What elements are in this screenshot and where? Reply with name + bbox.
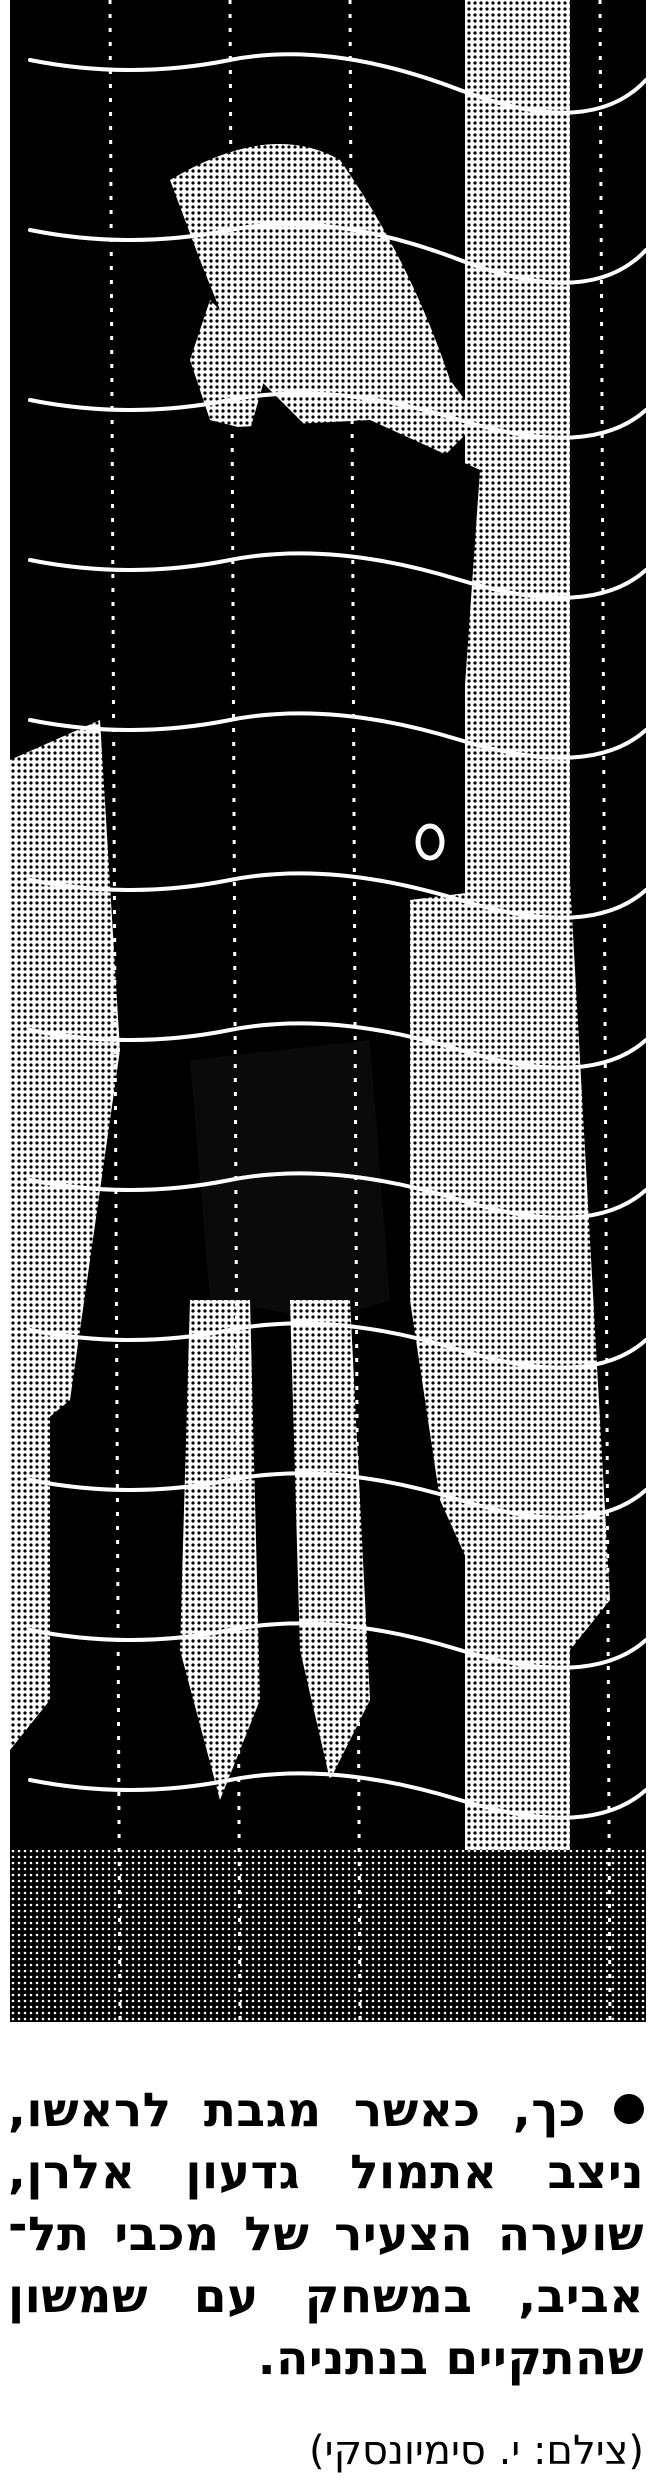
caption-line-2: ניצב אתמול גדעון אלרן,	[8, 2142, 644, 2204]
newspaper-photo	[10, 0, 646, 2022]
caption-line-5: שהתקיים בנתניה.	[8, 2328, 644, 2390]
bullet-icon	[614, 2094, 644, 2124]
caption-line-3: שוערה הצעיר של מכבי תל־	[8, 2204, 644, 2266]
caption-line-4: אביב, במשחק עם שמשון	[8, 2266, 644, 2328]
caption-line-1: כך, כאשר מגבת לראשו,	[8, 2080, 644, 2142]
photo-credit: (צילם: י. סימיונסקי)	[309, 2425, 644, 2477]
halftone-photo-illustration	[10, 0, 646, 2022]
photo-caption: כך, כאשר מגבת לראשו, ניצב אתמול גדעון אל…	[8, 2080, 644, 2390]
